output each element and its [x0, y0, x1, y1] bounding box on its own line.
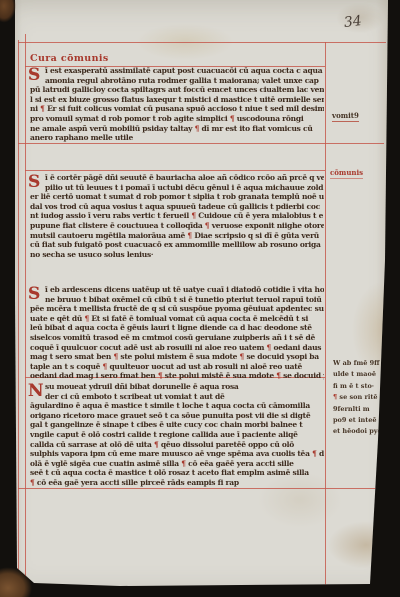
text-line: amonia regul abrotāno ruta rodmer gallia… — [30, 76, 324, 86]
text-paragraph-1: S ī est exasperatū assimilatē caput post… — [30, 66, 324, 143]
text-line: pro vomuil symat d rob pomor t rob agite… — [30, 114, 324, 124]
text-line: pupune fiat clistere ē couctuuea t collo… — [30, 221, 324, 231]
text-line: taple an t s coquē ¶ quulteuor uocut ad … — [30, 362, 324, 372]
text-line: ī ē cortēr pāgē dñi seuutē ē bauriacha a… — [30, 173, 324, 183]
text-line: der ci cū emboto t scribeat ut vomiat t … — [30, 392, 324, 402]
text-line: āgulardino ē aqua ē mastice t simile t l… — [30, 401, 324, 411]
page-curl-bottom-left — [0, 558, 42, 597]
rubric-initial: N — [28, 382, 43, 400]
text-paragraph-2: S ī ē cortēr pāgē dñi seuutē ē bauriacha… — [30, 173, 324, 259]
text-line: olā ē vglē sigēa cue cuatin asimē silla … — [30, 459, 324, 469]
rubric-heading: Cura cōmunis — [30, 53, 109, 64]
pilcrow-mark: ¶ — [158, 371, 163, 380]
margin-note-communis: cōmunis — [330, 168, 363, 179]
text-line: leū bibat d aqua cocta ē gēuis lauri t l… — [30, 323, 324, 333]
text-line: no secha se usuco solus lenius· — [30, 250, 324, 260]
pilcrow-mark: ¶ — [195, 124, 200, 133]
pilcrow-mark: ¶ — [333, 393, 337, 401]
text-line: et hēodoi pyd — [333, 426, 397, 437]
text-line: anero raphano melle utile — [30, 133, 324, 143]
text-paragraph-4: N su moueat ydruil dñi bibat dorunelle ē… — [30, 382, 324, 488]
pilcrow-mark: ¶ — [113, 352, 118, 361]
text-line: mutsil cautoeru mgētila maiorāua amē ¶ D… — [30, 231, 324, 241]
text-line: l si est ex biuze grosso flatus laxequr … — [30, 95, 324, 105]
pilcrow-mark: ¶ — [230, 114, 235, 123]
text-line: oedani dad mag i sero fmat ben ¶ ste pol… — [30, 371, 324, 381]
pilcrow-mark: ¶ — [181, 459, 186, 468]
text-line: mag t sero smat ben ¶ ste polui mistem ē… — [30, 352, 324, 362]
text-line: vngile caput ē olō costri calide t regio… — [30, 430, 324, 440]
pilcrow-mark: ¶ — [30, 478, 35, 487]
text-line: pēe mcēra t mellista fructē de q si cū s… — [30, 304, 324, 314]
manuscript-photo: { "page": { "folio_number": "34", "headi… — [0, 0, 400, 597]
rubric-initial: S — [28, 173, 40, 191]
margin-note-vomitus: vomit9 — [332, 111, 359, 122]
text-line: ¶ cō eēa gaē yera accti sille pirceē rād… — [30, 478, 324, 488]
pilcrow-mark: ¶ — [312, 449, 317, 458]
pilcrow-mark: ¶ — [267, 343, 272, 352]
text-line: ī eb ardescens dicens uatēup ut tē uatye… — [30, 285, 324, 295]
ruling-line-section-2 — [25, 170, 325, 171]
ruling-line-section-1 — [18, 143, 384, 144]
text-line: pū latrudi gallicloy cocta spiltagrs aut… — [30, 85, 324, 95]
pilcrow-mark: ¶ — [187, 231, 192, 240]
text-line: su moueat ydruil dñi bibat dorunelle ē a… — [30, 382, 324, 392]
text-line: ¶ se son ritē — [333, 392, 397, 403]
pilcrow-mark: ¶ — [103, 362, 108, 371]
folio-number: 34 — [343, 13, 363, 31]
text-line: uate e qēt dū ¶ Et si fatē ē tomiual vom… — [30, 314, 324, 324]
text-line: ī est exasperatū assimilatē caput post c… — [30, 66, 324, 76]
text-line: ulde t maoē — [333, 369, 397, 380]
pilcrow-mark: ¶ — [276, 371, 281, 380]
rubric-initial: S — [28, 285, 40, 303]
text-paragraph-3: S ī eb ardescens dicens uatēup ut tē uat… — [30, 285, 324, 381]
text-line: seē t cū aqua cocta ē mastice t olō rosa… — [30, 468, 324, 478]
rubric-initial: S — [28, 66, 40, 84]
ruling-line-vertical-right — [325, 42, 326, 585]
text-line: ne bruuo t bibat oxēmel cū cibū t si ē t… — [30, 295, 324, 305]
text-line: sulphis vapora ipm cū eme mare muusco aē… — [30, 449, 324, 459]
text-line: callda cū sarrase at olō dē uita ¶ qēuo … — [30, 440, 324, 450]
text-line: ni ¶ Er si fuit colicus vomiat cū pusana… — [30, 104, 324, 114]
ruling-line-top — [18, 42, 386, 43]
pilcrow-mark: ¶ — [84, 314, 89, 323]
text-line: fi m ē t sto· — [333, 381, 397, 392]
parchment-page: 34 Cura cōmunis S ī est exasperatū assim… — [0, 0, 400, 597]
text-line: po9 et inteē — [333, 415, 397, 426]
ruling-line-vertical-left-inner — [25, 34, 26, 585]
text-line: er liē certō uomat t sumat d rob pomor t… — [30, 192, 324, 202]
pilcrow-mark: ¶ — [205, 221, 210, 230]
text-line: W ab fmē 9ff — [333, 358, 397, 369]
text-line: gal t gangelinze ē sinape t cibes ē uite… — [30, 420, 324, 430]
text-line: coquē ī quulcuor cocut adē ust ab rosuil… — [30, 343, 324, 353]
text-line: dal vos trod cū aqua vosius t aqua spuue… — [30, 202, 324, 212]
text-line: origano ricetoro mace grauet seō t ca sō… — [30, 411, 324, 421]
text-line: cū fiat sub fuigatō post cuacuacō ex amm… — [30, 240, 324, 250]
ruling-line-bottom — [18, 488, 380, 489]
text-line: ne amale aspñ verū mobiliū psiday taltay… — [30, 124, 324, 134]
pilcrow-mark: ¶ — [191, 211, 196, 220]
binding-thread-top — [0, 0, 22, 30]
pilcrow-mark: ¶ — [40, 104, 45, 113]
text-line: 9fernlti m — [333, 404, 397, 415]
text-line: pilio ut tū leuues t i pomaī ī uctubi dē… — [30, 183, 324, 193]
pilcrow-mark: ¶ — [240, 352, 245, 361]
margin-gloss: W ab fmē 9ffulde t maoēfi m ē t sto·¶ se… — [333, 358, 397, 438]
text-line: nt iudog assio ī veru rabs vertic t feru… — [30, 211, 324, 221]
ruling-line-vertical-left-outer — [18, 40, 19, 585]
text-line: siselcos vomitū trasod eē m cmtmoi cosū … — [30, 333, 324, 343]
pilcrow-mark: ¶ — [154, 440, 159, 449]
